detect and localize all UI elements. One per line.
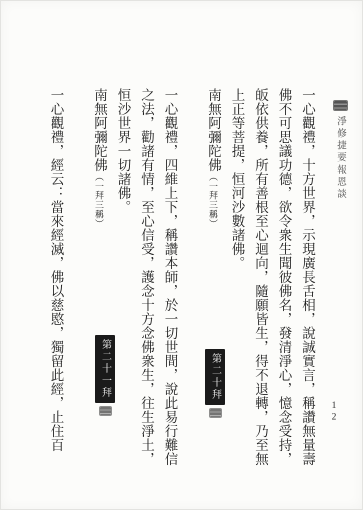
page-number: 12 [329, 401, 339, 424]
bow-section-22-start: 一心觀禮，經云：當來經滅，佛以慈愍，獨留此經，止住百 [44, 88, 68, 470]
text-column: 一心觀禮，四維上下，稱讚本師，於一切世間，說此易行難信 [158, 88, 182, 470]
bow-label-20: 第二十拜 [205, 349, 225, 405]
namo-text: 南無阿彌陀佛 [206, 88, 221, 172]
text-column: 一心觀禮，十方世界，示現廣長舌相，說誠實言，稱讚無量壽 [296, 88, 320, 470]
text-column: 上正等菩提，恒河沙數諸佛。 [225, 88, 249, 470]
text-column: 佛不可思議功德，欲令衆生聞彼佛名，發清淨心，憶念受持， [272, 88, 296, 470]
book-page: 淨修捷要報恩談 12 一心觀禮，十方世界，示現廣長舌相，說誠實言，稱讚無量壽 佛… [0, 0, 363, 510]
namo-text: 南無阿彌陀佛 [92, 88, 107, 172]
bow-label-21: 第二十一拜 [95, 335, 115, 403]
text-column: 皈依供養，所有善根至心迴向，隨願皆生，得不退轉，乃至無 [249, 88, 273, 470]
bow-label-wrap: 第二十拜 [205, 349, 225, 417]
label-ornament-icon [100, 407, 111, 415]
bow-count-note: （一拜三稱） [208, 172, 218, 228]
header-ornament-icon [334, 101, 347, 110]
label-ornament-icon [210, 409, 221, 417]
bow-count-note: （一拜三稱） [94, 172, 104, 228]
running-header: 淨修捷要報恩談 [333, 101, 347, 201]
running-header-title: 淨修捷要報恩談 [333, 116, 347, 201]
text-column: 之法，勸諸有情，至心信受，護念十方念佛衆生，往生淨土， [135, 88, 159, 470]
text-column: 一心觀禮，經云：當來經滅，佛以慈愍，獨留此經，止住百 [44, 88, 68, 470]
scripture-text: 一心觀禮，十方世界，示現廣長舌相，說誠實言，稱讚無量壽 佛不可思議功德，欲令衆生… [44, 88, 319, 470]
bow-label-wrap: 第二十一拜 [95, 335, 115, 415]
